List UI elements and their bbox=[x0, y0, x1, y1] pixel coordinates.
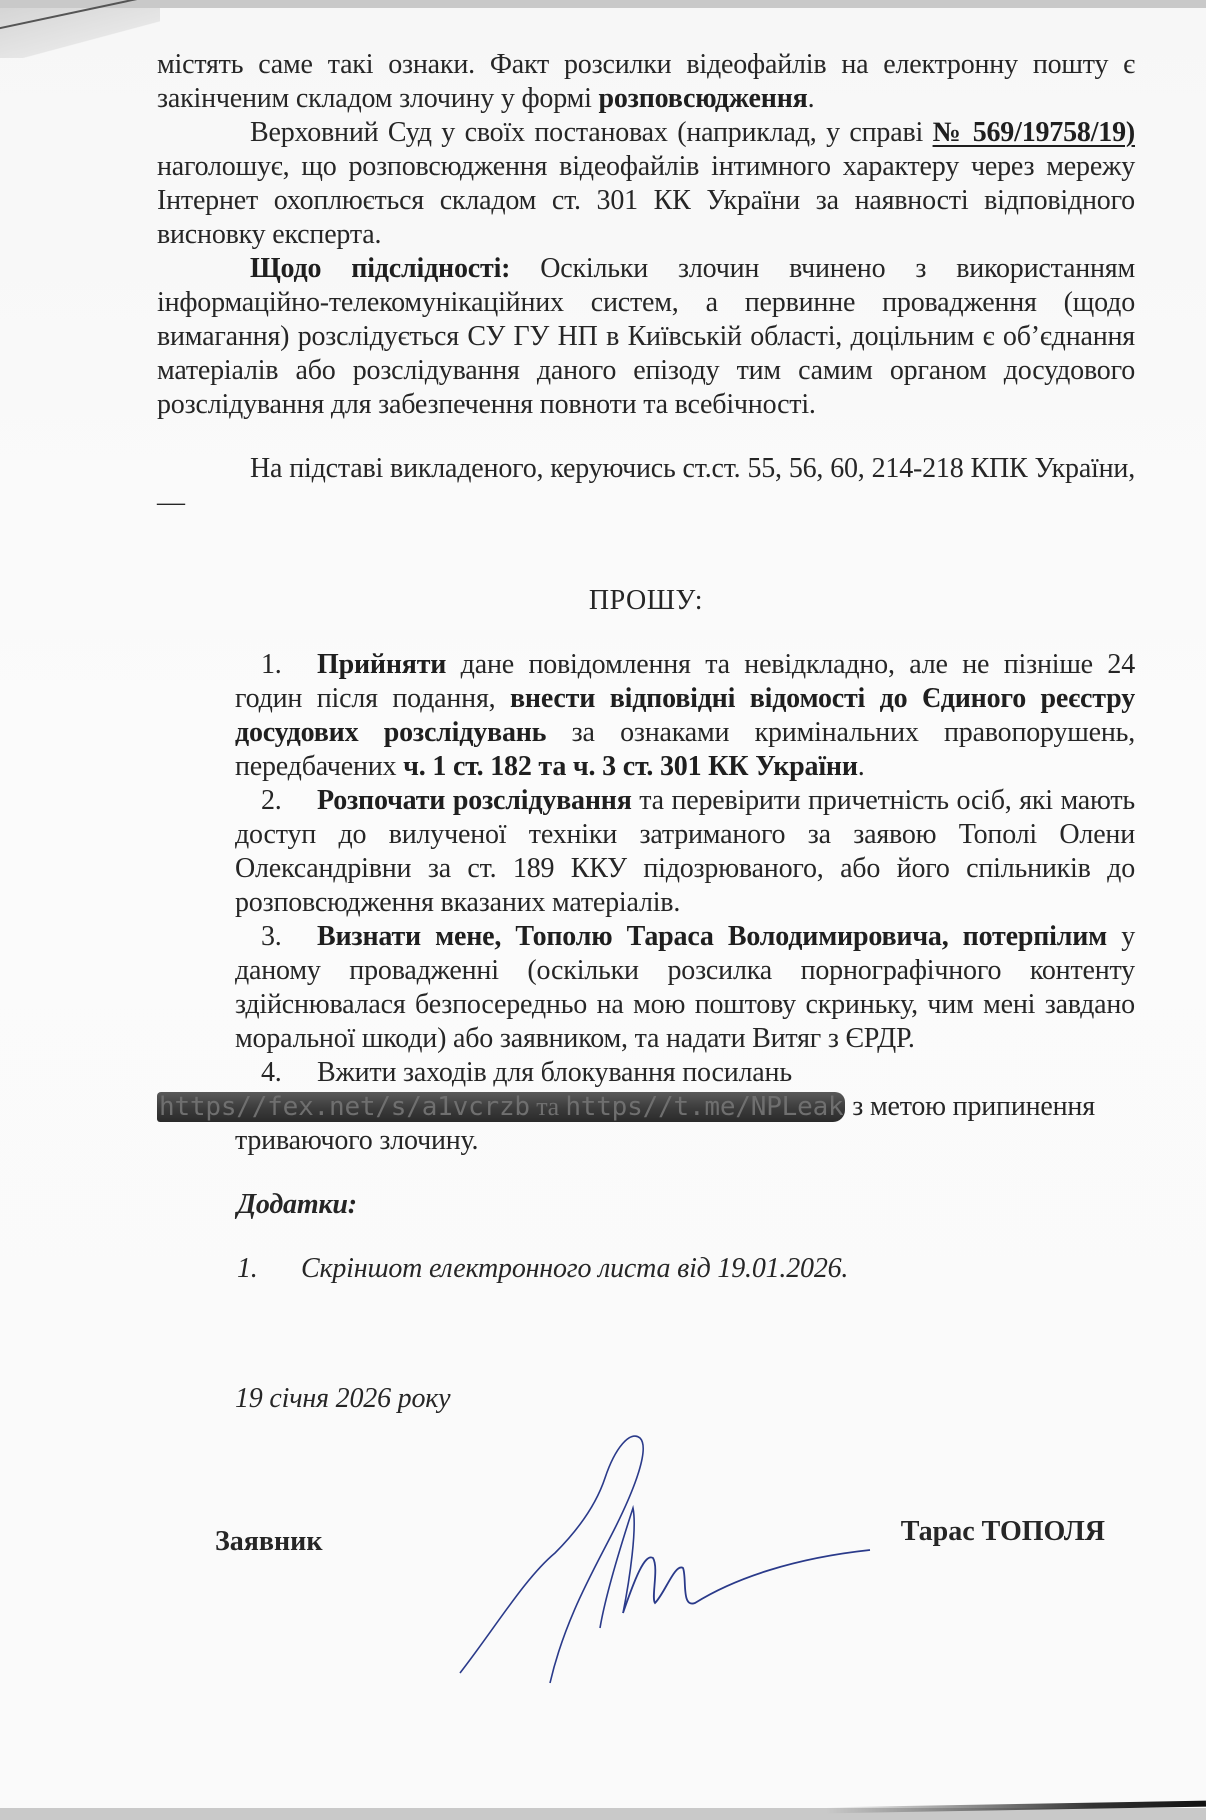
signer-name: Тарас ТОПОЛЯ bbox=[901, 1516, 1105, 1548]
bold-text: ч. 1 ст. 182 та ч. 3 ст. 301 КК України bbox=[403, 751, 858, 782]
request-item-2: 2.Розпочати розслідування та перевірити … bbox=[235, 784, 1135, 920]
section-label: Щодо підслідності: bbox=[250, 253, 510, 284]
item-number: 1. bbox=[237, 1252, 301, 1286]
bold-text: Визнати мене, Тополю Тараса Володимирови… bbox=[317, 921, 1107, 952]
annex-heading: Додатки: bbox=[237, 1188, 1135, 1222]
redacted-link: https//fex.net/s/a1vcrzb bbox=[159, 1092, 530, 1122]
page-bottom-shadow bbox=[826, 1801, 1206, 1814]
bold-text: Прийняти bbox=[317, 649, 446, 680]
paragraph-jurisdiction: Щодо підслідності: Оскільки злочин вчине… bbox=[157, 252, 1135, 422]
request-item-3: 3.Визнати мене, Тополю Тараса Володимиро… bbox=[235, 920, 1135, 1056]
item-number: 1. bbox=[235, 648, 317, 682]
redacted-links: https//fex.net/s/a1vcrzb та https//t.me/… bbox=[157, 1092, 845, 1122]
bold-term: розповсюдження bbox=[599, 83, 808, 114]
request-item-1: 1.Прийняти дане повідомлення та невідкла… bbox=[235, 648, 1135, 784]
document-body: містять саме такі ознаки. Факт розсилки … bbox=[157, 48, 1135, 1416]
item-number: 4. bbox=[235, 1056, 317, 1090]
request-list: 1.Прийняти дане повідомлення та невідкла… bbox=[235, 648, 1135, 1158]
text: . bbox=[858, 751, 865, 782]
request-item-4: 4.Вжити заходів для блокування посиланьh… bbox=[235, 1056, 1135, 1158]
annex-text: Скріншот електронного листа від 19.01.20… bbox=[301, 1253, 848, 1284]
handwritten-signature bbox=[455, 1428, 875, 1688]
request-heading: ПРОШУ: bbox=[157, 584, 1135, 618]
text: Верховний Суд у своїх постановах (наприк… bbox=[250, 117, 933, 148]
paragraph-supreme-court: Верховний Суд у своїх постановах (наприк… bbox=[157, 116, 1135, 252]
applicant-label: Заявник bbox=[215, 1526, 322, 1558]
text: наголошує, що розповсюдження відеофайлів… bbox=[157, 151, 1135, 250]
text: та bbox=[530, 1092, 565, 1121]
text: Вжити заходів для блокування посилань bbox=[317, 1057, 792, 1088]
paragraph-legal-basis: На підставі викладеного, керуючись ст.ст… bbox=[157, 452, 1135, 520]
page-corner-fold bbox=[0, 8, 160, 58]
item-number: 2. bbox=[235, 784, 317, 818]
document-page: містять саме такі ознаки. Факт розсилки … bbox=[0, 8, 1206, 1808]
redacted-link: https//t.me/NPLeak bbox=[565, 1092, 843, 1122]
paragraph-distribution: містять саме такі ознаки. Факт розсилки … bbox=[157, 48, 1135, 116]
document-date: 19 січня 2026 року bbox=[235, 1382, 1135, 1416]
annex-item: 1.Скріншот електронного листа від 19.01.… bbox=[237, 1252, 1135, 1286]
case-number: № 569/19758/19) bbox=[933, 117, 1135, 148]
text: . bbox=[808, 83, 815, 114]
bold-text: Розпочати розслідування bbox=[317, 785, 632, 816]
item-number: 3. bbox=[235, 920, 317, 954]
